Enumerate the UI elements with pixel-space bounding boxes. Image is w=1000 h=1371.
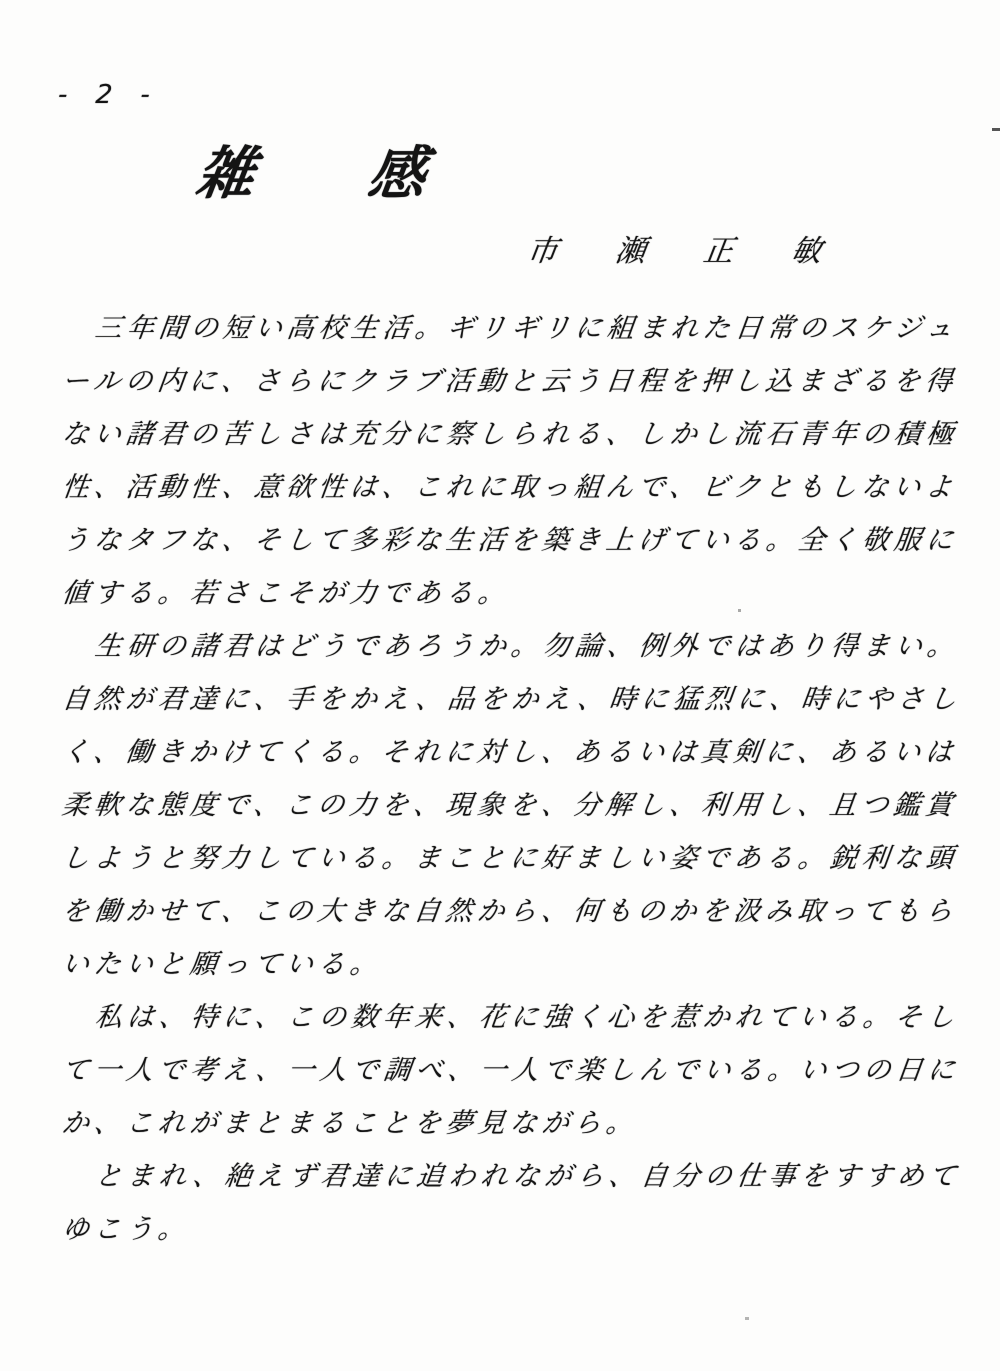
text-line: く、働きかけてくる。それに対し、あるいは真剣に、あるいは (59, 726, 958, 779)
page-number: - 2 - (57, 80, 161, 110)
paragraph: 私は、特に、この数年来、花に強く心を惹かれている。そし て一人で考え、一人で調べ… (62, 991, 954, 1150)
text-line: ない諸君の苦しさは充分に察しられる、しかし流石青年の積極 (59, 408, 958, 461)
text-line: ールの内に、さらにクラブ活動と云う日程を押し込まざるを得 (59, 355, 958, 408)
document-body: 三年間の短い高校生活。ギリギリに組まれた日常のスケジュ ールの内に、さらにクラブ… (62, 302, 954, 1256)
scan-artifact (992, 128, 1000, 131)
scan-artifact (738, 609, 741, 612)
paragraph: 生研の諸君はどうであろうか。勿論、例外ではあり得まい。 自然が君達に、手をかえ、… (62, 620, 954, 991)
text-line: 値する。若さこそが力である。 (59, 567, 958, 620)
document-title: 雑 感 (192, 128, 432, 210)
paragraph: とまれ、絶えず君達に追われながら、自分の仕事をすすめて ゆこう。 (62, 1150, 954, 1256)
text-line: 自然が君達に、手をかえ、品をかえ、時に猛烈に、時にやさし (59, 673, 958, 726)
text-line: 私は、特に、この数年来、花に強く心を惹かれている。そし (59, 991, 958, 1044)
author-name: 市 瀬 正 敏 (525, 226, 839, 270)
text-line: しようと努力している。まことに好ましい姿である。鋭利な頭 (59, 832, 958, 885)
scanned-document-page: - 2 - 雑 感 市 瀬 正 敏 三年間の短い高校生活。ギリギリに組まれた日常… (0, 0, 1000, 1371)
text-line: を働かせて、この大きな自然から、何ものかを汲み取ってもら (59, 885, 958, 938)
text-line: いたいと願っている。 (59, 938, 958, 991)
text-line: 性、活動性、意欲性は、これに取っ組んで、ビクともしないよ (59, 461, 958, 514)
text-line: ゆこう。 (59, 1203, 958, 1256)
scan-artifact (745, 1317, 749, 1320)
text-line: 三年間の短い高校生活。ギリギリに組まれた日常のスケジュ (59, 302, 958, 355)
text-line: うなタフな、そして多彩な生活を築き上げている。全く敬服に (59, 514, 958, 567)
text-line: 生研の諸君はどうであろうか。勿論、例外ではあり得まい。 (59, 620, 958, 673)
text-line: て一人で考え、一人で調べ、一人で楽しんでいる。いつの日に (59, 1044, 958, 1097)
text-line: 柔軟な態度で、この力を、現象を、分解し、利用し、且つ鑑賞 (59, 779, 958, 832)
paragraph: 三年間の短い高校生活。ギリギリに組まれた日常のスケジュ ールの内に、さらにクラブ… (62, 302, 954, 620)
text-line: か、これがまとまることを夢見ながら。 (59, 1097, 958, 1150)
text-line: とまれ、絶えず君達に追われながら、自分の仕事をすすめて (59, 1150, 958, 1203)
